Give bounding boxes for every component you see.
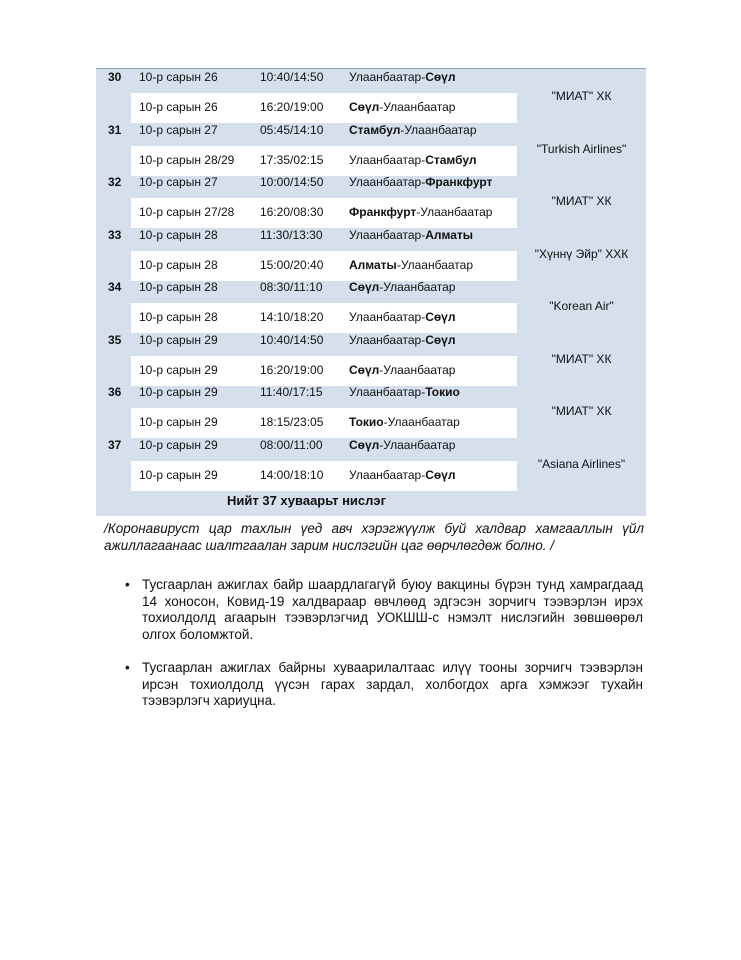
flight-group: 3210-р сарын 2710:00/14:50Улаанбаатар-Фр…	[96, 174, 646, 227]
flight-date: 10-р сарын 28	[139, 310, 218, 324]
flight-time: 10:00/14:50	[260, 175, 323, 189]
flight-date: 10-р сарын 29	[139, 363, 218, 377]
flight-group: 3010-р сарын 2610:40/14:50Улаанбаатар-Сө…	[96, 69, 646, 122]
table-row: 3710-р сарын 2908:00/11:00Сөүл-Улаанбаат…	[96, 437, 517, 461]
table-row: 10-р сарын 28/2917:35/02:15Улаанбаатар-С…	[96, 146, 517, 176]
flight-number: 30	[108, 70, 121, 84]
table-row: 3110-р сарын 2705:45/14:10Стамбул-Улаанб…	[96, 122, 517, 146]
flight-group: 3610-р сарын 2911:40/17:15Улаанбаатар-То…	[96, 384, 646, 437]
flight-group: 3510-р сарын 2910:40/14:50Улаанбаатар-Сө…	[96, 332, 646, 385]
flight-route: Улаанбаатар-Стамбул	[349, 153, 477, 167]
bullet-item: •Тусгаарлан ажиглах байр шаардлагагүй бу…	[120, 577, 643, 643]
flight-time: 11:40/17:15	[260, 385, 323, 399]
flight-route: Алматы-Улаанбаатар	[349, 258, 473, 272]
flight-time: 15:00/20:40	[260, 258, 323, 272]
airline-name: "МИАТ" ХК	[517, 352, 646, 366]
flight-date: 10-р сарын 29	[139, 438, 218, 452]
flight-number: 36	[108, 385, 121, 399]
flight-date: 10-р сарын 27	[139, 123, 218, 137]
flight-time: 11:30/13:30	[260, 228, 323, 242]
flight-route: Улаанбаатар-Сөүл	[349, 333, 455, 347]
table-row: 3510-р сарын 2910:40/14:50Улаанбаатар-Сө…	[96, 332, 517, 356]
flight-route: Франкфурт-Улаанбаатар	[349, 205, 492, 219]
total-flights: Нийт 37 хуваарьт нислэг	[96, 493, 517, 508]
flight-group: 3110-р сарын 2705:45/14:10Стамбул-Улаанб…	[96, 122, 646, 175]
flight-date: 10-р сарын 28	[139, 258, 218, 272]
bullet-item: •Тусгаарлан ажиглах байрны хуваарилалтаа…	[120, 660, 643, 710]
table-row: 10-р сарын 2914:00/18:10Улаанбаатар-Сөүл	[96, 461, 517, 491]
flight-time: 14:00/18:10	[260, 468, 323, 482]
flight-group: 3310-р сарын 2811:30/13:30Улаанбаатар-Ал…	[96, 227, 646, 280]
flight-date: 10-р сарын 26	[139, 70, 218, 84]
flight-number: 35	[108, 333, 121, 347]
flight-number: 31	[108, 123, 121, 137]
flight-time: 10:40/14:50	[260, 333, 323, 347]
flight-date: 10-р сарын 26	[139, 100, 218, 114]
table-row: 10-р сарын 2814:10/18:20Улаанбаатар-Сөүл	[96, 303, 517, 333]
flight-route: Сөүл-Улаанбаатар	[349, 363, 455, 377]
flight-time: 08:00/11:00	[260, 438, 323, 452]
table-row: 10-р сарын 27/2816:20/08:30Франкфурт-Ула…	[96, 198, 517, 228]
flight-date: 10-р сарын 29	[139, 385, 218, 399]
flight-route: Улаанбаатар-Токио	[349, 385, 460, 399]
airline-name: "Turkish Airlines"	[517, 142, 646, 156]
flight-time: 10:40/14:50	[260, 70, 323, 84]
flight-date: 10-р сарын 27/28	[139, 205, 234, 219]
flight-time: 05:45/14:10	[260, 123, 323, 137]
flight-time: 16:20/19:00	[260, 363, 323, 377]
flight-date: 10-р сарын 29	[139, 415, 218, 429]
flight-route: Улаанбаатар-Сөүл	[349, 70, 455, 84]
airline-name: "Хүннү Эйр" ХХК	[517, 247, 646, 261]
bullet-icon: •	[125, 577, 130, 594]
flight-date: 10-р сарын 28	[139, 228, 218, 242]
table-row: 3010-р сарын 2610:40/14:50Улаанбаатар-Сө…	[96, 69, 517, 93]
flight-group: 3710-р сарын 2908:00/11:00Сөүл-Улаанбаат…	[96, 437, 646, 490]
flight-number: 34	[108, 280, 121, 294]
flight-number: 32	[108, 175, 121, 189]
airline-name: "Korean Air"	[517, 299, 646, 313]
flight-number: 33	[108, 228, 121, 242]
table-row: 10-р сарын 2616:20/19:00Сөүл-Улаанбаатар	[96, 93, 517, 123]
table-row: 10-р сарын 2916:20/19:00Сөүл-Улаанбаатар	[96, 356, 517, 386]
table-row: 3310-р сарын 2811:30/13:30Улаанбаатар-Ал…	[96, 227, 517, 251]
flight-group: 3410-р сарын 2808:30/11:10Сөүл-Улаанбаат…	[96, 279, 646, 332]
airline-name: "МИАТ" ХК	[517, 89, 646, 103]
flight-number: 37	[108, 438, 121, 452]
airline-name: "Asiana Airlines"	[517, 457, 646, 471]
flight-route: Улаанбаатар-Сөүл	[349, 468, 455, 482]
flight-time: 14:10/18:20	[260, 310, 323, 324]
table-row: 10-р сарын 2815:00/20:40Алматы-Улаанбаат…	[96, 251, 517, 281]
flight-route: Улаанбаатар-Сөүл	[349, 310, 455, 324]
flight-route: Улаанбаатар-Алматы	[349, 228, 473, 242]
flight-time: 16:20/08:30	[260, 205, 323, 219]
flight-date: 10-р сарын 28	[139, 280, 218, 294]
table-row: 3610-р сарын 2911:40/17:15Улаанбаатар-То…	[96, 384, 517, 408]
flight-route: Сөүл-Улаанбаатар	[349, 100, 455, 114]
flight-schedule-table: 3710-р сарын 2908:00/11:00Сөүл-Улаанбаат…	[96, 68, 646, 516]
flight-route: Токио-Улаанбаатар	[349, 415, 460, 429]
flight-route: Улаанбаатар-Франкфурт	[349, 175, 492, 189]
flight-date: 10-р сарын 29	[139, 468, 218, 482]
flight-time: 17:35/02:15	[260, 153, 323, 167]
flight-date: 10-р сарын 27	[139, 175, 218, 189]
bullet-icon: •	[125, 660, 130, 677]
table-row: 10-р сарын 2918:15/23:05Токио-Улаанбаата…	[96, 408, 517, 438]
flight-route: Стамбул-Улаанбаатар	[349, 123, 477, 137]
flight-time: 16:20/19:00	[260, 100, 323, 114]
flight-date: 10-р сарын 29	[139, 333, 218, 347]
table-row: 3410-р сарын 2808:30/11:10Сөүл-Улаанбаат…	[96, 279, 517, 303]
schedule-note: /Коронавируст цар тахлын үед авч хэрэгжү…	[104, 520, 644, 554]
flight-date: 10-р сарын 28/29	[139, 153, 234, 167]
airline-name: "МИАТ" ХК	[517, 404, 646, 418]
flight-time: 08:30/11:10	[260, 280, 323, 294]
info-bullets: •Тусгаарлан ажиглах байр шаардлагагүй бу…	[120, 577, 643, 727]
airline-name: "МИАТ" ХК	[517, 194, 646, 208]
flight-route: Сөүл-Улаанбаатар	[349, 438, 455, 452]
flight-time: 18:15/23:05	[260, 415, 323, 429]
flight-route: Сөүл-Улаанбаатар	[349, 280, 455, 294]
table-row: 3210-р сарын 2710:00/14:50Улаанбаатар-Фр…	[96, 174, 517, 198]
